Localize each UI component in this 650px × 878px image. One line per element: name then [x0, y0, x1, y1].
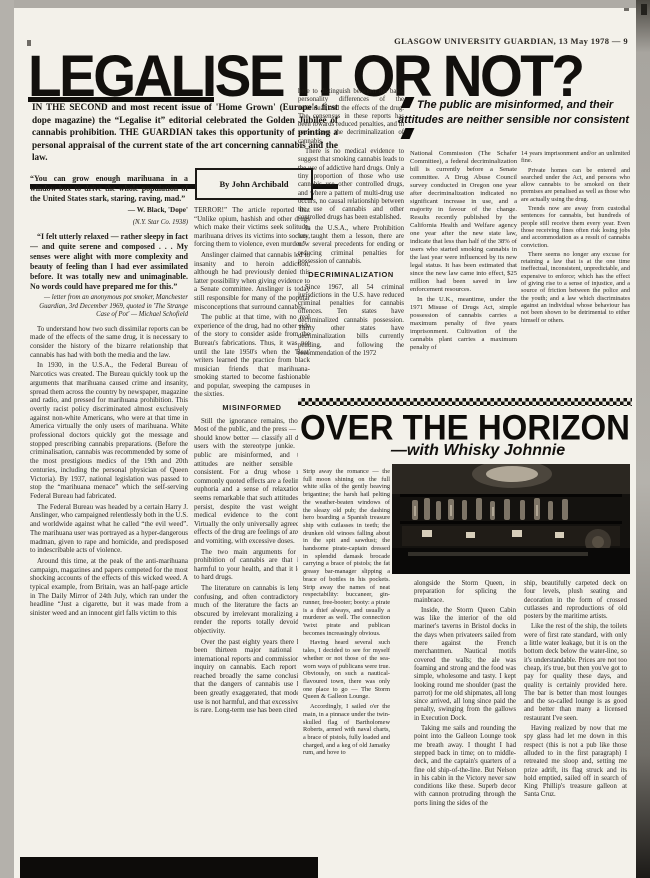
- body-paragraph: Around this time, at the peak of the ant…: [30, 557, 188, 618]
- quote-attribution: — letter from an anonymous pot smoker, M…: [30, 294, 188, 319]
- body-paragraph: The literature on cannabis is lengthy, c…: [194, 584, 310, 636]
- horizon-column-c: ship, beautifully carpeted deck on four …: [524, 580, 627, 860]
- body-paragraph: The Federal Bureau was headed by a certa…: [30, 503, 188, 555]
- byline-box: By John Archibald: [195, 168, 313, 200]
- column-1: “You can grow enough marihuana in a wind…: [30, 174, 188, 856]
- scan-edge-top: [0, 0, 650, 8]
- pull-quote-text: The public are misinformed, and their at…: [398, 99, 629, 126]
- scan-shadow-band: [20, 857, 318, 878]
- body-paragraph: TERROR!” The article reported that “Unli…: [194, 206, 310, 249]
- body-paragraph: The two main arguments for the prohibiti…: [194, 548, 310, 582]
- body-paragraph: Taking me sails and rounding the point i…: [414, 725, 516, 808]
- body-paragraph: National Commission (The Schafer Committ…: [410, 150, 517, 294]
- bar-interior-photo: [392, 464, 630, 574]
- body-paragraph: Inside, the Storm Queen Cabin was like t…: [414, 607, 516, 723]
- column-4: National Commission (The Schafer Committ…: [410, 150, 517, 396]
- column-3: here to distinguish between the basic pe…: [298, 88, 404, 396]
- body-paragraph: Like the rest of the ship, the toilets w…: [524, 623, 627, 723]
- over-the-horizon-section: OVER THE HORIZON —with Whisky Johnnie: [298, 398, 632, 864]
- body-paragraph: 14 years imprisonment and/or an unlimite…: [521, 150, 630, 165]
- body-paragraph: Anslinger claimed that cannabis led to i…: [194, 251, 310, 311]
- scan-edge-right: [636, 0, 650, 878]
- body-paragraph: There is no medical evidence to suggest …: [298, 148, 404, 223]
- horizon-column-a: Strip away the romance — the full moon s…: [303, 468, 390, 860]
- column-2: TERROR!” The article reported that “Unli…: [194, 206, 310, 856]
- reader-quote: “You can grow enough marihuana in a wind…: [30, 174, 188, 204]
- scan-speck: [624, 8, 629, 11]
- body-paragraph: Private homes can be entered and searche…: [521, 167, 630, 203]
- body-paragraph: Having heard several such tales, I decid…: [303, 639, 390, 701]
- body-paragraph: The public at that time, with no real ex…: [194, 313, 310, 399]
- column-5: 14 years imprisonment and/or an unlimite…: [521, 150, 630, 396]
- body-paragraph: alongside the Storm Queen, in preparatio…: [414, 580, 516, 605]
- section-subhead: MISINFORMED: [194, 404, 310, 413]
- body-paragraph: Trends now are away from custodial sente…: [521, 205, 630, 249]
- body-paragraph: There seems no longer any excuse for ret…: [521, 251, 630, 324]
- horizon-column-b: alongside the Storm Queen, in preparatio…: [414, 580, 516, 860]
- body-paragraph: Having realized by now that me spy glass…: [524, 725, 627, 800]
- body-paragraph: In the U.S.A., where Prohibition has tau…: [298, 225, 404, 266]
- pull-quote: The public are misinformed, and their at…: [398, 97, 634, 144]
- ornamental-border: [298, 398, 632, 406]
- body-paragraph: Since 1967, all 54 criminal jurisdiction…: [298, 284, 404, 359]
- scan-corner-mark: [641, 4, 647, 15]
- quote-attribution: — W. Black, 'Dope': [30, 206, 188, 215]
- byline: By John Archibald: [219, 179, 288, 189]
- body-paragraph: Still the ignorance remains, though. Mos…: [194, 417, 310, 546]
- body-paragraph: In the U.K., meantime, under the 1971 Mi…: [410, 296, 517, 352]
- bar-photo-illustration: [392, 464, 630, 574]
- body-paragraph: Strip away the romance — the full moon s…: [303, 468, 390, 637]
- body-paragraph: To understand how two such dissimilar re…: [30, 325, 188, 360]
- scan-edge-left: [0, 0, 14, 878]
- quote-attribution: (N.Y. Star Co. 1938): [30, 219, 188, 227]
- body-paragraph: ship, beautifully carpeted deck on four …: [524, 580, 627, 621]
- body-paragraph: In 1930, in the U.S.A., the Federal Bure…: [30, 361, 188, 500]
- section-byline: —with Whisky Johnnie: [328, 442, 628, 460]
- reader-quote: “I felt utterly relaxed — rather sleepy …: [30, 232, 188, 292]
- intro-paragraph: IN THE SECOND and most recent issue of '…: [32, 101, 338, 164]
- body-paragraph: here to distinguish between the basic pe…: [298, 88, 404, 146]
- section-subhead: DECRIMINALIZATION: [298, 271, 404, 279]
- body-paragraph: Over the past eighty years there have be…: [194, 638, 310, 715]
- body-paragraph: Accordingly, I sailed o'er the main, in …: [303, 703, 390, 757]
